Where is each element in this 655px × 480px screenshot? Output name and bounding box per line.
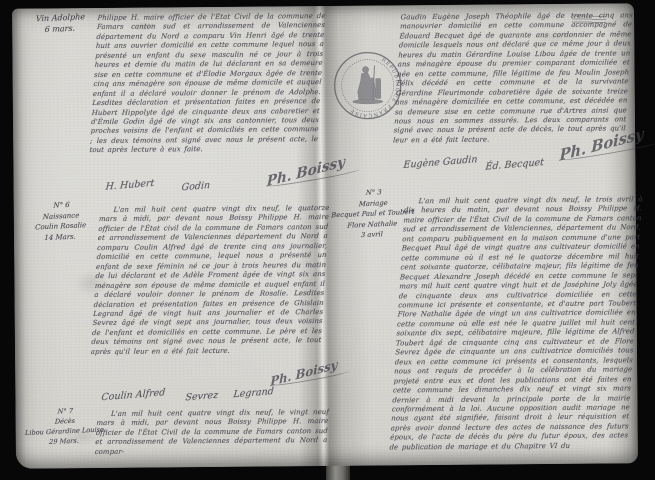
scanned-register-photo: { "seal": { "text": "RÉPUBLIQUE FRANÇAIS… (0, 0, 655, 480)
signature-eugene-gaudin: Eugène Gaudin (403, 154, 478, 171)
signature-coulin-alfred: Coulin Alfred (101, 387, 166, 403)
signature-legrand: Legrand (233, 386, 274, 400)
act-birth-rosalie-text: L'an mil huit cent quatre vingt dix neuf… (89, 204, 330, 378)
signature-godin: Godin (181, 180, 210, 193)
seated-marianne-figure (353, 65, 383, 103)
ink-scribble-crossed-word (572, 15, 606, 24)
margin-note-line: 14 Mars. (19, 230, 101, 244)
register-double-page: Vin Adolphe 6 mars. Philippe H. maire of… (12, 3, 638, 468)
act-birth-adolphe-text: Philippe H. maire officier de l'État Civ… (88, 12, 326, 178)
signature-hubert: H. Hubert (105, 178, 155, 193)
margin-note-vin-adolphe: Vin Adolphe 6 mars. (24, 11, 97, 36)
act-marriage-becquet-toubert-text: L'an mil huit cent quatre vingt dix neuf… (389, 195, 643, 459)
act-death-libou-continuation-text: Gaudin Eugène Joseph Théophile âgé de tr… (392, 11, 632, 151)
signature-sevrez: Sevrez (185, 390, 218, 404)
signature-becquet: Éd. Becquet (485, 157, 544, 173)
margin-note-n6-coulin-rosalie: N° 6 Naissance Coulin Rosalie 14 Mars. (19, 198, 103, 244)
act-death-libou-start-text: L'an mil huit cent quatre vingt dix neuf… (94, 408, 329, 460)
